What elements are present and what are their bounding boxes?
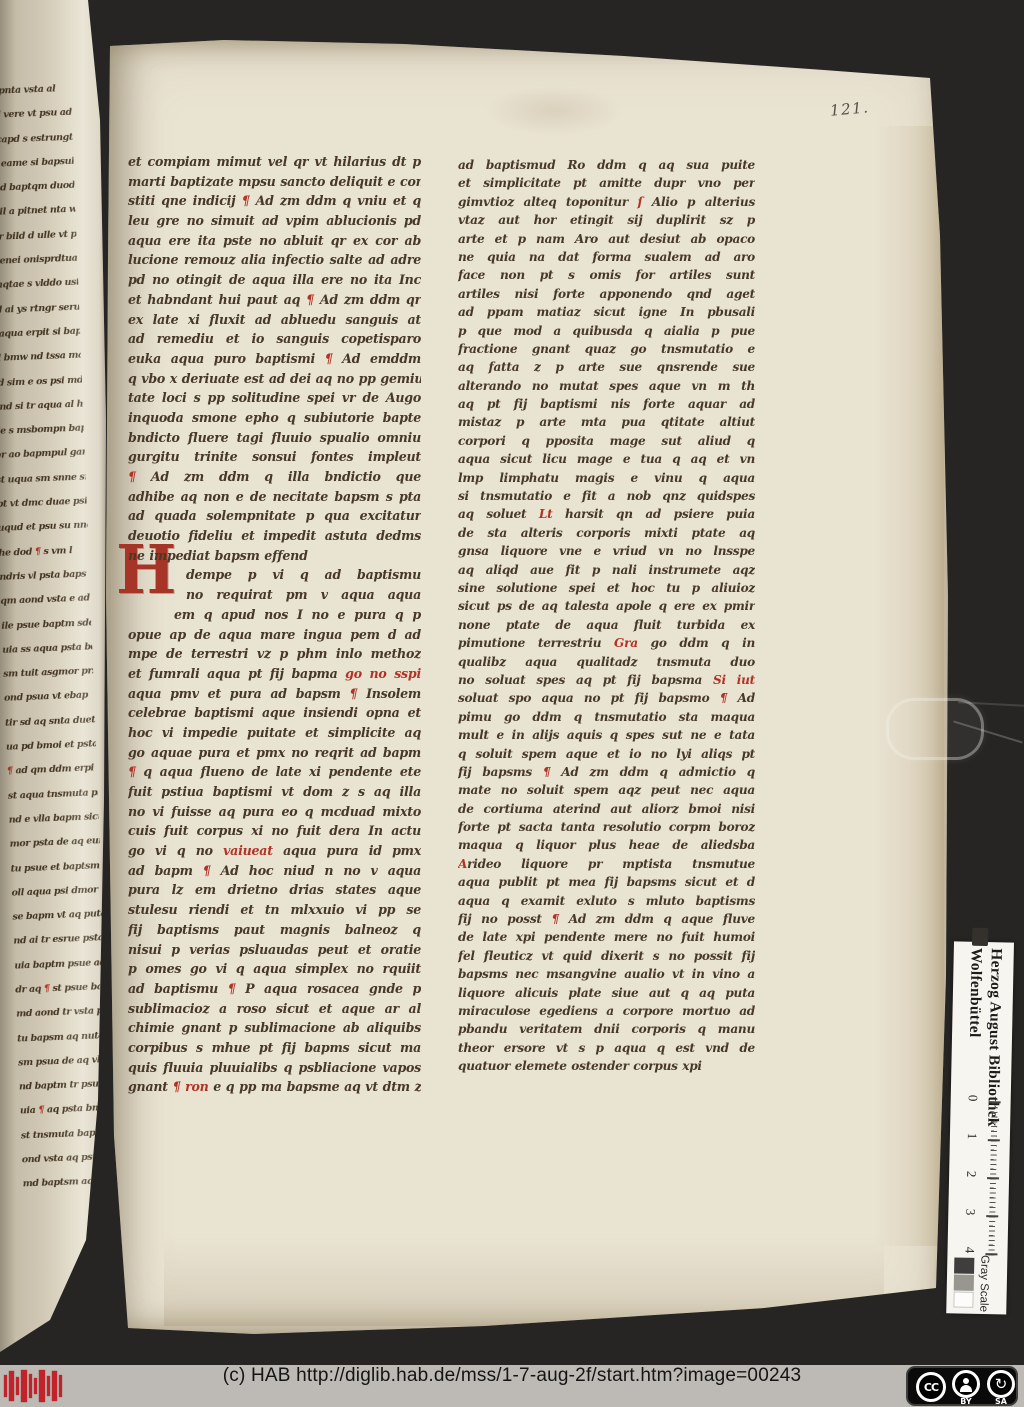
parchment-stain: [164, 1236, 884, 1326]
manuscript-line: pimu go ddm q tnsmutatio sta maqua: [458, 708, 755, 726]
folio-number: 121.: [829, 98, 870, 119]
manuscript-line: lucione remouz alia infectio salte ad ad…: [128, 250, 421, 270]
hab-logo: [4, 1369, 62, 1403]
manuscript-line: ad remediu et io sanguis copetisparo: [128, 329, 421, 349]
manuscript-line: qm aond vsta e ad: [0, 593, 91, 621]
manuscript-column-right: ad baptismud Ro ddm q aq sua puiteet sim…: [458, 156, 755, 1076]
manuscript-line: aqua ere ita pste no abluit qr ex cor ab: [128, 231, 421, 251]
manuscript-line: uia ss aqua psta bd: [2, 641, 93, 669]
person-body-icon: [960, 1385, 972, 1392]
manuscript-line: miraculose egediens a corpore mortuo ad: [458, 1002, 755, 1020]
manuscript-line: uqud et psu su nnep: [0, 520, 88, 548]
manuscript-line: maqua q liquor plus heae de aliedsba: [458, 836, 755, 854]
library-calibration-strip: Herzog August Bibliothek Wolfenbüttel 01…: [946, 941, 1014, 1314]
manuscript-line: nisui p verias psluaudas peut et oratie: [128, 940, 421, 960]
manuscript-line: nd ai tr esrue psta: [13, 933, 104, 961]
logo-bar: [9, 1371, 14, 1401]
manuscript-line: sm pnta vsta al: [0, 83, 71, 111]
manuscript-line: sm psua de aq vlla: [18, 1054, 109, 1082]
manuscript-line: fij baptisms paut magnis balneoz q: [128, 920, 421, 940]
manuscript-line: mpe de terrestri vz p phm inlo methoz: [128, 644, 421, 664]
copyright-text: (c) HAB http://diglib.hab.de/mss/1-7-aug…: [0, 1365, 1024, 1407]
manuscript-line: he dod ¶ s vm l: [0, 544, 89, 572]
manuscript-line: dempe p vi q ad baptismu: [128, 565, 421, 585]
manuscript-line: sm tuit asgmor prs: [3, 665, 94, 693]
manuscript-line: go vi q no vaiueat aqua pura id pmx: [128, 841, 421, 861]
manuscript-line: mistaz p arte mta pua qtitate altiut: [458, 413, 755, 431]
manuscript-line: no soluat spes aq pt fij bapsma Si iut: [458, 671, 755, 689]
manuscript-line: ad sim e os psi md b: [0, 374, 83, 402]
manuscript-line: de s msbompn bapm: [0, 423, 85, 451]
cc-by-person-icon: [952, 1370, 980, 1398]
facing-page-edge: sm pnta vsta alond vere vt psu adtu capd…: [0, 0, 112, 1360]
manuscript-line: opue ap de aqua mare ingua pem d ad: [128, 625, 421, 645]
ruler-number: 0: [965, 1095, 981, 1109]
manuscript-line: aq aliqd aue fit p nali instrumete aqz: [458, 561, 755, 579]
manuscript-line: artiles nisi forte apponendo qnd aget: [458, 285, 755, 303]
manuscript-line: Arideo liquore pr mptista tnsmutue: [458, 855, 755, 873]
ruler-number: 3: [962, 1209, 978, 1223]
cc-sa-label: SA: [987, 1397, 1015, 1406]
manuscript-line: quatuor elemete ostender corpus xpi: [458, 1057, 755, 1075]
manuscript-line: fel fleuticz vt quid dixerit s no possit…: [458, 947, 755, 965]
parchment-stain: [484, 86, 624, 136]
manuscript-line: ond vsta aq psue tr: [22, 1151, 113, 1179]
logo-bar: [21, 1370, 27, 1402]
manuscript-line: sicut ps de aq talesta apole q ere ex pm…: [458, 597, 755, 615]
manuscript-line: chimie gnant p sublimacione ab aliquibs: [128, 1018, 421, 1038]
manuscript-line: ua pd bmoi et psta: [6, 738, 97, 766]
manuscript-line: de sta alteris corporis mixti ptate aq: [458, 524, 755, 542]
manuscript-line: deuotio fideliu et impedit astuta dedms: [128, 526, 421, 546]
manuscript-line: alterando no mutat spes aque vn m th: [458, 377, 755, 395]
manuscript-line: e aqtae s vlddo ust: [0, 277, 79, 305]
gray-scale-label: Gray Scale: [977, 1255, 990, 1315]
manuscript-line: bapsms nec msangvine aualio vt in vino a: [458, 965, 755, 983]
manuscript-line: tu psue et baptsm: [10, 860, 101, 888]
manuscript-line: ond vere vt psu ad: [0, 107, 72, 135]
manuscript-line: aqua publit pt mea fij bapsms sicut et d: [458, 873, 755, 891]
manuscript-line: und si tr aqua al hr: [0, 398, 84, 426]
manuscript-line: fuit pstiua baptismi vt dom z s aq illa: [128, 782, 421, 802]
ruler-number: 1: [964, 1133, 980, 1147]
manuscript-line: corpibus s mhue pt fij bapms sicut ma: [128, 1038, 421, 1058]
person-head-icon: [963, 1378, 969, 1384]
manuscript-line: aq pt fij baptismi nis forte aquar ad: [458, 395, 755, 413]
manuscript-line: aqua q examit exluto s mluto baptisms: [458, 892, 755, 910]
manuscript-line: stulesu riendi et tn mlxxuio vi pp se: [128, 900, 421, 920]
logo-bar: [52, 1371, 57, 1401]
logo-bar: [29, 1374, 32, 1398]
gray-scale-dark-square: [954, 1257, 974, 1273]
manuscript-line: ex late xi fluxit ad abluedu sanguis at: [128, 310, 421, 330]
manuscript-line: lmp limphatu magis e vinu q aqua: [458, 469, 755, 487]
logo-bar: [39, 1370, 45, 1402]
cc-license-badge: CC ↻ BY SA: [906, 1366, 1018, 1406]
manuscript-line: aq fatta z p arte sue qnsrende sue: [458, 358, 755, 376]
manuscript-line: q soluit spem aque et io no lyi aliqs pt: [458, 745, 755, 763]
manuscript-line: de late xpi pendente mere no fuit humoi: [458, 928, 755, 946]
manuscript-line: p que mod a quibusda q aialia p pue: [458, 322, 755, 340]
manuscript-line: mult e in alijs aquis q spes sut ne e ta…: [458, 726, 755, 744]
manuscript-line: marti baptizate mpsu sancto deliquit e c…: [128, 172, 421, 192]
manuscript-line: st aqua tnsmuta ps: [8, 787, 99, 815]
logo-bar: [34, 1378, 37, 1394]
manuscript-line: mor psta de aq eui: [9, 835, 100, 863]
manuscript-line: liquore alicuis plate siue aut q aq puta: [458, 984, 755, 1002]
manuscript-line: md aond tr vsta ps: [16, 1005, 107, 1033]
manuscript-line: stiti qne indicij ¶ Ad zm ddm q vniu et …: [128, 191, 421, 211]
manuscript-line: pimutione terrestriu Gra go ddm q in: [458, 634, 755, 652]
manuscript-line: gnant ¶ ron e q pp ma bapsme aq vt dtm z: [128, 1077, 421, 1097]
manuscript-line: soluat spo aqua no pt fij bapsmo ¶ Ad: [458, 689, 755, 707]
logo-bar: [47, 1376, 50, 1396]
manuscript-line: bndicto fluere tagi fluuio spualio omniu: [128, 428, 421, 448]
ruler-major-tick: [986, 1215, 998, 1217]
ruler-number: 2: [963, 1171, 979, 1185]
manuscript-line: st uqua sm snne srs: [0, 471, 86, 499]
manuscript-line: no requirat pm v aqua aqua: [128, 585, 421, 605]
manuscript-line: sine solutione spei et hoc tu p aliuioz: [458, 579, 755, 597]
manuscript-line: aqua pmv et pura ad bapsm ¶ Insolem: [128, 684, 421, 704]
manuscript-line: ¶ ad qm ddm erpi: [7, 763, 98, 791]
manuscript-line: st tnsmuta bapsm e: [21, 1127, 112, 1155]
manuscript-line: et fumrali aqua pt fij bapma go no sspi: [128, 664, 421, 684]
manuscript-line: ile psue baptm sdo: [1, 617, 92, 645]
facing-page-text: sm pnta vsta alond vere vt psu adtu capd…: [0, 83, 117, 1203]
manuscript-line: sublimacioz a roso sicut et aque ar al: [128, 999, 421, 1019]
manuscript-line: tu bapsm aq nuta e: [17, 1030, 108, 1058]
manuscript-page: 121. H et compiam mimut vel qr vt hilari…: [104, 36, 950, 1338]
manuscript-line: euka aqua puro baptismi ¶ Ad emddm: [128, 349, 421, 369]
manuscript-line: r uil a pitnet nta w: [0, 204, 76, 232]
manuscript-line: adhibe aq non e de necitate bapsm s pta: [128, 487, 421, 507]
manuscript-line: uia ¶ aq psta bmoi: [20, 1102, 111, 1130]
page-holder-clip: [886, 698, 984, 760]
manuscript-line: gimvtioz alteq toponitur ſ Alio p alteri…: [458, 193, 755, 211]
manuscript-line: ul bmw nd tssa man: [0, 350, 82, 378]
logo-bar: [16, 1377, 19, 1395]
logo-bar: [4, 1375, 7, 1397]
manuscript-line: et simplicitate pt amitte dupr vno per: [458, 174, 755, 192]
manuscript-line: no vi fuisse aq pura eo q mcduad mixto: [128, 802, 421, 822]
manuscript-line: gnsa liquore vne e vriud vn no lnsspe: [458, 542, 755, 560]
manuscript-line: ¶ q aqua flueno de late xi pendente ete: [128, 762, 421, 782]
library-name-label: Herzog August Bibliothek Wolfenbüttel: [957, 948, 1006, 1187]
manuscript-line: uer bild d ulle vt pt l: [0, 228, 77, 256]
manuscript-line: naenei onisprdtua: [0, 253, 78, 281]
gray-scale-mid-square: [954, 1274, 974, 1290]
manuscript-line: face non pt s omis for artiles sunt: [458, 266, 755, 284]
logo-bar: [59, 1375, 62, 1397]
cc-by-label: BY: [952, 1397, 980, 1406]
manuscript-line: gurgitu trinite sonsui fontes impleut: [128, 447, 421, 467]
manuscript-line: p omes go vi q aqua simplex no rquiit: [128, 959, 421, 979]
manuscript-line: pt vt dmc duae psi: [0, 496, 87, 524]
parchment-stain: [874, 126, 944, 1246]
manuscript-line: go aquae pura et pmx no reqrit ad bapm: [128, 743, 421, 763]
manuscript-line: hoc vi impedie puitate et simplicite aq: [128, 723, 421, 743]
manuscript-line: nd e vlla bapm sicu: [9, 811, 100, 839]
manuscript-line: ndris vl psta baps: [0, 568, 90, 596]
manuscript-line: celebrae baptismi aque insiendi opna et: [128, 703, 421, 723]
manuscript-line: oll aqua psi dmor: [11, 884, 102, 912]
manuscript-line: theor ersore vt s p aqua q est vnd de: [458, 1039, 755, 1057]
manuscript-line: ¶ aqua erpit si bap: [0, 326, 81, 354]
ruler-major-tick: [988, 1139, 1000, 1141]
manuscript-line: de cortiuma aterind aut aliorz bmoi nisi: [458, 800, 755, 818]
manuscript-line: nd baptm tr psue d: [19, 1078, 110, 1106]
manuscript-line: vtaz aut hor etingit sij duplirit sz p: [458, 211, 755, 229]
manuscript-line: se bapm vt aq puta: [12, 908, 103, 936]
manuscript-line: pd no otingit de aqua illa ere no ita In…: [128, 270, 421, 290]
manuscript-line: ad bapm ¶ Ad hoc niud n no v aqua: [128, 861, 421, 881]
manuscript-line: ad ppam matiaz sicut igne In pbusali: [458, 303, 755, 321]
manuscript-line: pbandu veritatem dnii corporis q manu: [458, 1020, 755, 1038]
manuscript-line: quis fluuia pluuialibs q psbliacione vap…: [128, 1058, 421, 1078]
manuscript-line: stnd baptqm duoda: [0, 180, 75, 208]
manuscript-line: et compiam mimut vel qr vt hilarius dt p: [128, 152, 421, 172]
manuscript-line: leu gre no simuit ad vpim ablucionis pd: [128, 211, 421, 231]
manuscript-line: fij bapsms ¶ Ad zm ddm q admictio q: [458, 763, 755, 781]
manuscript-line: br ao bapmpul gartn: [0, 447, 85, 475]
manuscript-column-left: et compiam mimut vel qr vt hilarius dt p…: [128, 152, 421, 1097]
manuscript-line: nd ai ys rtngr serua: [0, 301, 80, 329]
manuscript-line: mate no soluit spem aqz peut nec aqua: [458, 781, 755, 799]
manuscript-line: forte pt sacta tanta resolutio corpm bor…: [458, 818, 755, 836]
cc-icon: CC: [916, 1372, 946, 1402]
manuscript-line: fij no posst ¶ Ad zm ddm q aque fluve: [458, 910, 755, 928]
manuscript-line: q vbo x deriuate est ad dei aq no pp gem…: [128, 369, 421, 389]
strip-clamp: [972, 928, 988, 946]
manuscript-line: qualibz aqua qualitadz tnsmuta duo: [458, 653, 755, 671]
manuscript-line: ne impediat bapsm effend: [128, 546, 421, 566]
manuscript-line: et habndant hui paut aq ¶ Ad zm ddm qr: [128, 290, 421, 310]
manuscript-line: ad quada solempnitate p qua excitatur: [128, 506, 421, 526]
manuscript-line: si tnsmutatio e fit a nob qnz quidspes: [458, 487, 755, 505]
manuscript-line: tu capd s estrungt: [0, 131, 73, 159]
manuscript-line: ad baptismu ¶ P aqua rosacea gnde p: [128, 979, 421, 999]
manuscript-line: em q apud nos I no e pura q p: [128, 605, 421, 625]
manuscript-line: arte et p nam Aro aut desiut ab opaco: [458, 230, 755, 248]
manuscript-line: pura lz em drietno drias states aque: [128, 880, 421, 900]
gray-scale-light-square: [953, 1291, 973, 1307]
digitized-manuscript-view: sm pnta vsta alond vere vt psu adtu capd…: [0, 0, 1024, 1407]
manuscript-line: uia baptm psue ad: [14, 957, 105, 985]
manuscript-line: hir eame si bapsul: [0, 156, 74, 184]
ruler-major-tick: [987, 1177, 999, 1179]
manuscript-line: none ptate de aqua fluit turbida ex: [458, 616, 755, 634]
manuscript-line: md baptsm aq puta: [23, 1175, 114, 1203]
manuscript-line: ad baptismud Ro ddm q aq sua puite: [458, 156, 755, 174]
footer-bar: (c) HAB http://diglib.hab.de/mss/1-7-aug…: [0, 1365, 1024, 1407]
manuscript-line: ¶ Ad zm ddm q illa bndictio que: [128, 467, 421, 487]
manuscript-line: dr aq ¶ st psue bap: [15, 981, 106, 1009]
ruler-major-tick: [989, 1101, 1001, 1103]
manuscript-line: ond psua vt ebap: [4, 690, 95, 718]
manuscript-line: tate loci s pp solitudine spei vr de Aug…: [128, 388, 421, 408]
manuscript-line: aqua sicut licu mage e tua q aq et vn: [458, 450, 755, 468]
manuscript-line: inquoda smone epho q subiutorie bapte: [128, 408, 421, 428]
manuscript-line: cuis fuit corpus xi no fuit dera In actu: [128, 821, 421, 841]
manuscript-line: tir sd aq snta duet: [5, 714, 96, 742]
manuscript-line: fractione gnant quaz go tnsmutatio e: [458, 340, 755, 358]
manuscript-line: aq soluet Lt harsit qn ad psiere puia: [458, 505, 755, 523]
cc-sa-arrow-icon: ↻: [987, 1370, 1015, 1398]
manuscript-line: corpori q pposita mage sut aliud q: [458, 432, 755, 450]
manuscript-line: ne quia na dat forma sualem ad aro: [458, 248, 755, 266]
